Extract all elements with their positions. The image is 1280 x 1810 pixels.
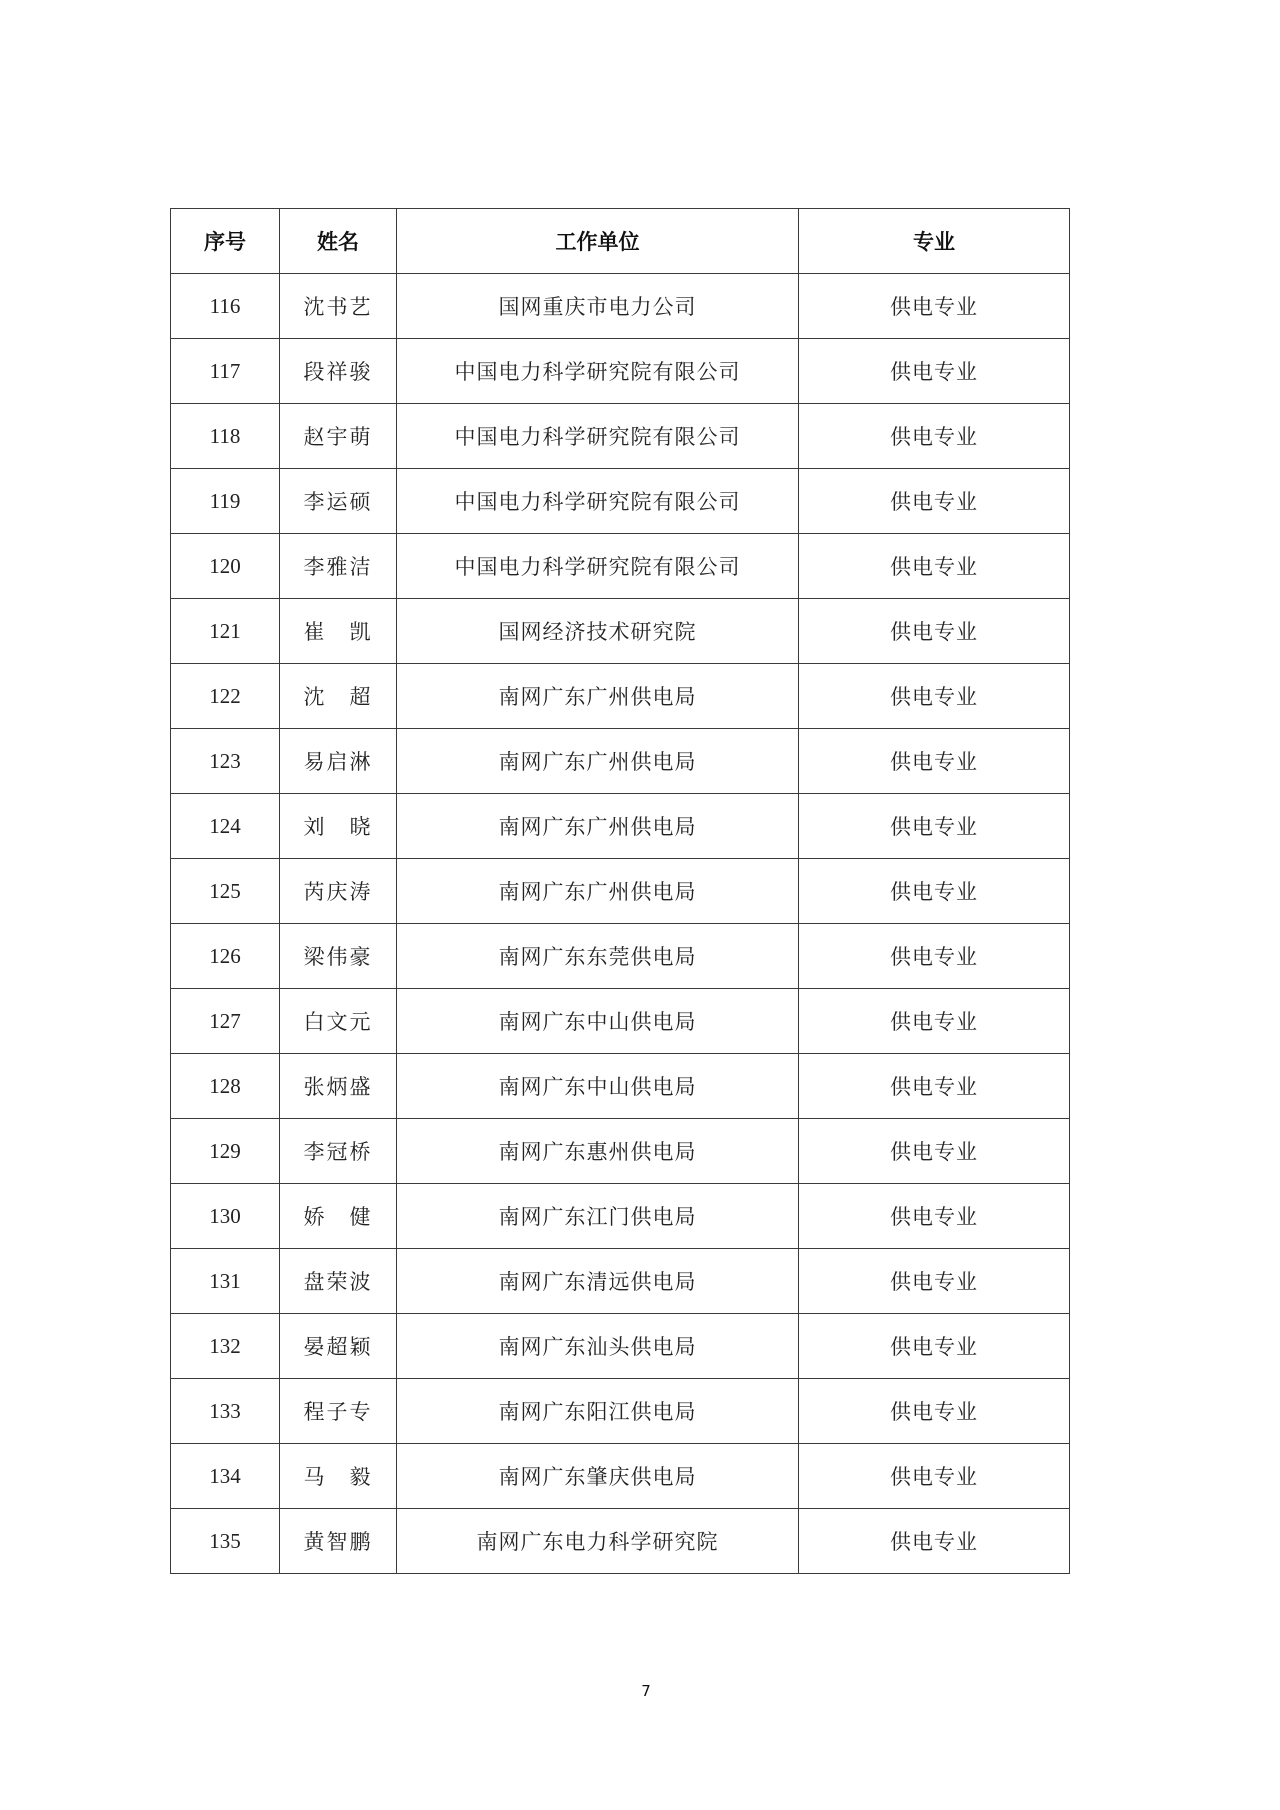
cell-seq: 118	[171, 404, 280, 469]
cell-organization: 南网广东广州供电局	[397, 859, 799, 924]
cell-name: 晏超颖	[280, 1314, 397, 1379]
cell-seq: 129	[171, 1119, 280, 1184]
cell-seq: 123	[171, 729, 280, 794]
table-row: 128 张炳盛 南网广东中山供电局 供电专业	[171, 1054, 1070, 1119]
table-row: 117 段祥骏 中国电力科学研究院有限公司 供电专业	[171, 339, 1070, 404]
cell-specialty: 供电专业	[799, 1314, 1070, 1379]
table-row: 116 沈书艺 国网重庆市电力公司 供电专业	[171, 274, 1070, 339]
table-row: 123 易启淋 南网广东广州供电局 供电专业	[171, 729, 1070, 794]
cell-specialty: 供电专业	[799, 274, 1070, 339]
cell-name: 李运硕	[280, 469, 397, 534]
cell-organization: 南网广东肇庆供电局	[397, 1444, 799, 1509]
cell-organization: 南网广东江门供电局	[397, 1184, 799, 1249]
cell-organization: 南网广东中山供电局	[397, 1054, 799, 1119]
table-header-row: 序号 姓名 工作单位 专业	[171, 209, 1070, 274]
table-row: 118 赵宇萌 中国电力科学研究院有限公司 供电专业	[171, 404, 1070, 469]
header-seq: 序号	[171, 209, 280, 274]
cell-name: 赵宇萌	[280, 404, 397, 469]
cell-seq: 119	[171, 469, 280, 534]
table-row: 132 晏超颖 南网广东汕头供电局 供电专业	[171, 1314, 1070, 1379]
cell-specialty: 供电专业	[799, 404, 1070, 469]
table-row: 122 沈 超 南网广东广州供电局 供电专业	[171, 664, 1070, 729]
cell-organization: 南网广东惠州供电局	[397, 1119, 799, 1184]
table-row: 126 梁伟豪 南网广东东莞供电局 供电专业	[171, 924, 1070, 989]
cell-specialty: 供电专业	[799, 1249, 1070, 1314]
cell-seq: 128	[171, 1054, 280, 1119]
cell-specialty: 供电专业	[799, 1054, 1070, 1119]
table-body: 116 沈书艺 国网重庆市电力公司 供电专业 117 段祥骏 中国电力科学研究院…	[171, 274, 1070, 1574]
cell-name: 沈 超	[280, 664, 397, 729]
cell-seq: 132	[171, 1314, 280, 1379]
cell-seq: 127	[171, 989, 280, 1054]
cell-name: 李冠桥	[280, 1119, 397, 1184]
cell-specialty: 供电专业	[799, 534, 1070, 599]
cell-organization: 南网广东广州供电局	[397, 664, 799, 729]
cell-organization: 南网广东广州供电局	[397, 729, 799, 794]
table-row: 121 崔 凯 国网经济技术研究院 供电专业	[171, 599, 1070, 664]
table-row: 119 李运硕 中国电力科学研究院有限公司 供电专业	[171, 469, 1070, 534]
cell-organization: 中国电力科学研究院有限公司	[397, 469, 799, 534]
table-row: 133 程子专 南网广东阳江供电局 供电专业	[171, 1379, 1070, 1444]
cell-specialty: 供电专业	[799, 859, 1070, 924]
table-row: 120 李雅洁 中国电力科学研究院有限公司 供电专业	[171, 534, 1070, 599]
header-specialty: 专业	[799, 209, 1070, 274]
cell-specialty: 供电专业	[799, 924, 1070, 989]
cell-name: 盘荣波	[280, 1249, 397, 1314]
cell-name: 白文元	[280, 989, 397, 1054]
cell-name: 易启淋	[280, 729, 397, 794]
cell-seq: 116	[171, 274, 280, 339]
cell-seq: 126	[171, 924, 280, 989]
header-name: 姓名	[280, 209, 397, 274]
cell-organization: 国网经济技术研究院	[397, 599, 799, 664]
personnel-table: 序号 姓名 工作单位 专业 116 沈书艺 国网重庆市电力公司 供电专业 117…	[170, 208, 1070, 1574]
cell-specialty: 供电专业	[799, 1379, 1070, 1444]
cell-name: 梁伟豪	[280, 924, 397, 989]
cell-organization: 南网广东东莞供电局	[397, 924, 799, 989]
cell-specialty: 供电专业	[799, 989, 1070, 1054]
cell-name: 马 毅	[280, 1444, 397, 1509]
cell-seq: 135	[171, 1509, 280, 1574]
cell-name: 崔 凯	[280, 599, 397, 664]
cell-specialty: 供电专业	[799, 794, 1070, 859]
cell-name: 李雅洁	[280, 534, 397, 599]
cell-seq: 124	[171, 794, 280, 859]
cell-organization: 南网广东中山供电局	[397, 989, 799, 1054]
cell-specialty: 供电专业	[799, 729, 1070, 794]
cell-seq: 133	[171, 1379, 280, 1444]
cell-name: 刘 晓	[280, 794, 397, 859]
cell-organization: 中国电力科学研究院有限公司	[397, 404, 799, 469]
table-row: 124 刘 晓 南网广东广州供电局 供电专业	[171, 794, 1070, 859]
cell-seq: 120	[171, 534, 280, 599]
cell-organization: 南网广东清远供电局	[397, 1249, 799, 1314]
cell-organization: 中国电力科学研究院有限公司	[397, 534, 799, 599]
cell-name: 沈书艺	[280, 274, 397, 339]
cell-name: 黄智鹏	[280, 1509, 397, 1574]
cell-specialty: 供电专业	[799, 664, 1070, 729]
cell-organization: 国网重庆市电力公司	[397, 274, 799, 339]
cell-organization: 南网广东电力科学研究院	[397, 1509, 799, 1574]
cell-organization: 中国电力科学研究院有限公司	[397, 339, 799, 404]
cell-organization: 南网广东阳江供电局	[397, 1379, 799, 1444]
table-row: 125 芮庆涛 南网广东广州供电局 供电专业	[171, 859, 1070, 924]
cell-specialty: 供电专业	[799, 1184, 1070, 1249]
cell-specialty: 供电专业	[799, 339, 1070, 404]
table-row: 131 盘荣波 南网广东清远供电局 供电专业	[171, 1249, 1070, 1314]
cell-name: 张炳盛	[280, 1054, 397, 1119]
cell-seq: 130	[171, 1184, 280, 1249]
cell-seq: 121	[171, 599, 280, 664]
cell-seq: 117	[171, 339, 280, 404]
cell-organization: 南网广东广州供电局	[397, 794, 799, 859]
cell-name: 段祥骏	[280, 339, 397, 404]
header-organization: 工作单位	[397, 209, 799, 274]
cell-name: 程子专	[280, 1379, 397, 1444]
table-row: 129 李冠桥 南网广东惠州供电局 供电专业	[171, 1119, 1070, 1184]
cell-specialty: 供电专业	[799, 1444, 1070, 1509]
cell-specialty: 供电专业	[799, 599, 1070, 664]
document-page: 序号 姓名 工作单位 专业 116 沈书艺 国网重庆市电力公司 供电专业 117…	[0, 0, 1280, 1810]
cell-seq: 134	[171, 1444, 280, 1509]
table-row: 130 娇 健 南网广东江门供电局 供电专业	[171, 1184, 1070, 1249]
cell-specialty: 供电专业	[799, 469, 1070, 534]
cell-specialty: 供电专业	[799, 1509, 1070, 1574]
cell-seq: 131	[171, 1249, 280, 1314]
page-number: 7	[0, 1682, 1280, 1700]
cell-organization: 南网广东汕头供电局	[397, 1314, 799, 1379]
cell-name: 娇 健	[280, 1184, 397, 1249]
cell-specialty: 供电专业	[799, 1119, 1070, 1184]
cell-seq: 122	[171, 664, 280, 729]
table-row: 127 白文元 南网广东中山供电局 供电专业	[171, 989, 1070, 1054]
cell-seq: 125	[171, 859, 280, 924]
table-row: 134 马 毅 南网广东肇庆供电局 供电专业	[171, 1444, 1070, 1509]
cell-name: 芮庆涛	[280, 859, 397, 924]
table-row: 135 黄智鹏 南网广东电力科学研究院 供电专业	[171, 1509, 1070, 1574]
